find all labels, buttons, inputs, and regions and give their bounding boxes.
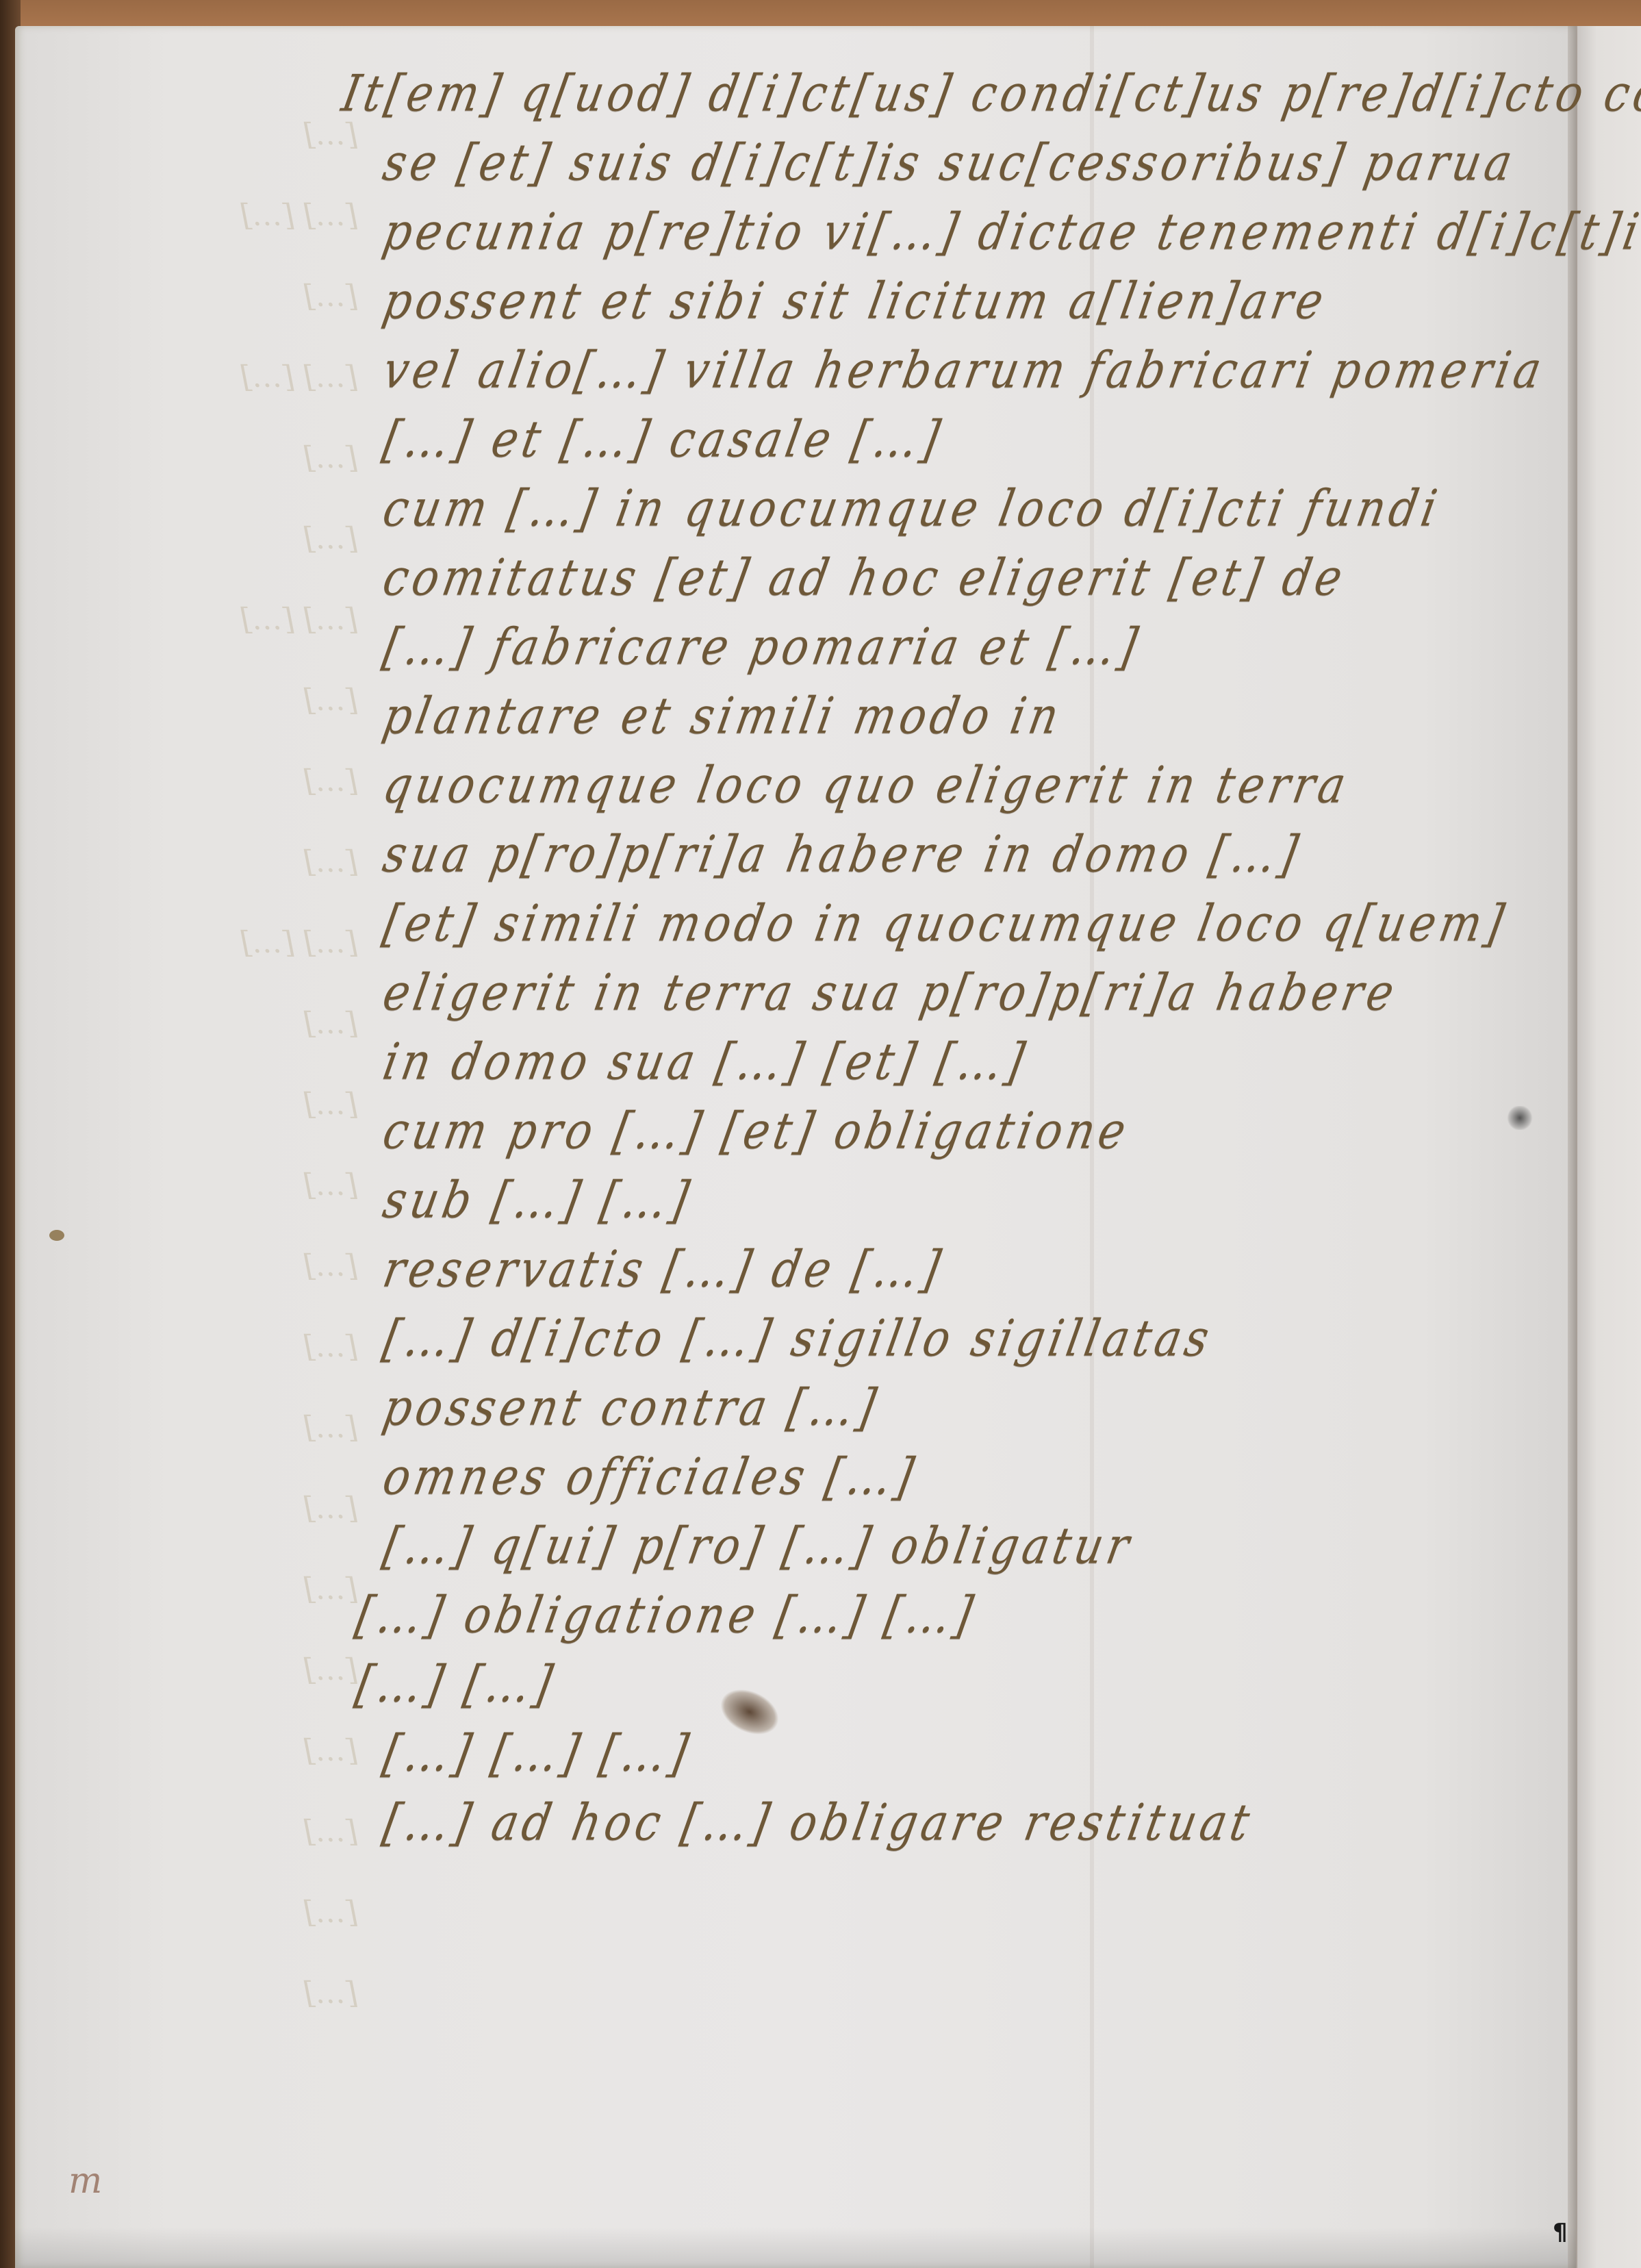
bleed-through-text: […][…] […][…][…] […][…][…][…] […][…][…][… xyxy=(97,94,357,2080)
facing-page-edge xyxy=(1576,26,1641,2268)
bleed-through-line: […] xyxy=(97,1872,357,1953)
stain-spot xyxy=(49,1230,64,1241)
bleed-through-line: […] xyxy=(97,1711,357,1791)
bleed-through-line: […] xyxy=(97,1549,357,1630)
bleed-through-line: […] xyxy=(97,741,357,822)
bleed-through-line: […] xyxy=(97,822,357,903)
bleed-through-line: […] xyxy=(97,1953,357,2034)
bleed-through-line: […] xyxy=(97,983,357,1064)
corner-mark: ¶ xyxy=(1553,2219,1568,2246)
bleed-through-line: […] xyxy=(97,660,357,741)
bleed-through-line: […] xyxy=(97,1387,357,1468)
gutter-shadow xyxy=(1568,26,1576,2268)
bleed-through-line: […] xyxy=(97,1145,357,1226)
bleed-through-line: […] xyxy=(97,1791,357,1872)
bleed-through-line: […] xyxy=(97,256,357,337)
bleed-through-line: […] […] xyxy=(97,337,357,418)
bleed-through-line: […] xyxy=(97,499,357,579)
manuscript-line: […] ad hoc […] obligare restituat xyxy=(322,1794,1547,1863)
bleed-through-line: […] xyxy=(97,1307,357,1387)
bleed-through-line: […] xyxy=(97,1468,357,1549)
dirt-spot xyxy=(1506,1106,1534,1130)
bleed-through-line: […] […] xyxy=(97,175,357,256)
manuscript-text-block: It[em] q[uod] d[i]ct[us] condi[ct]us p[r… xyxy=(322,65,1547,1863)
bleed-through-line: […] xyxy=(97,1226,357,1307)
folio-mark: m xyxy=(68,2160,102,2202)
bleed-through-line: […] […] xyxy=(97,903,357,983)
bleed-through-line: […] xyxy=(97,1630,357,1711)
bleed-through-line: […] xyxy=(97,418,357,499)
bleed-through-line: […] […] xyxy=(97,579,357,660)
bleed-through-line: […] xyxy=(97,1064,357,1145)
bleed-through-line: […] xyxy=(97,94,357,175)
